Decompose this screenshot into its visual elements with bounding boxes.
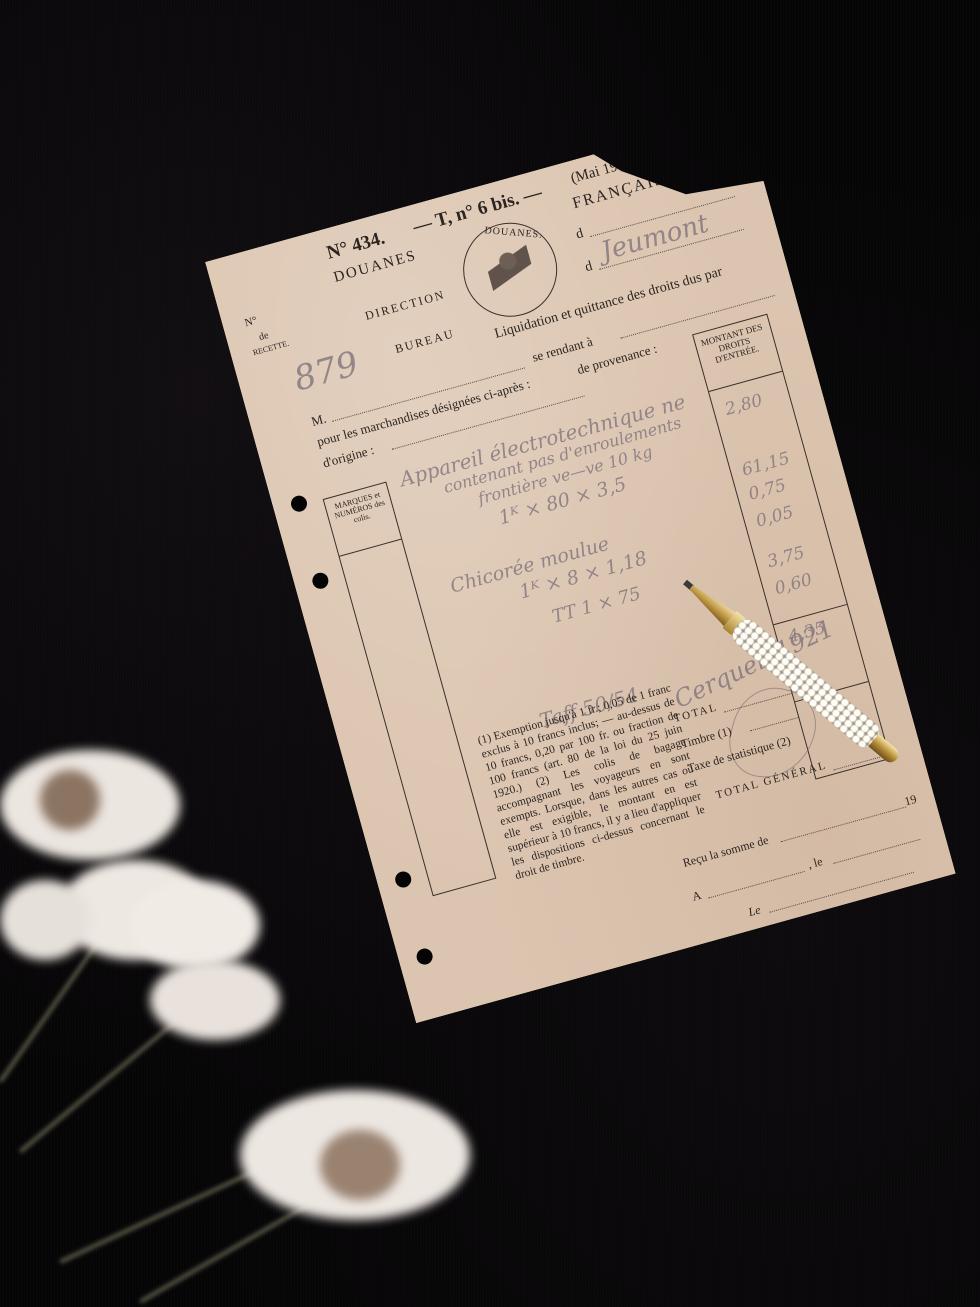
seated-figure-icon: [483, 241, 539, 301]
punch-hole: [415, 947, 435, 967]
punch-hole: [289, 494, 309, 514]
punch-hole: [393, 870, 413, 890]
footnote-text: (1) Exemption jusqu'à 1 fr.; 0,05 de 1 f…: [476, 681, 710, 883]
handwritten-receipt-number: 879: [290, 344, 363, 400]
punch-hole: [311, 571, 331, 591]
